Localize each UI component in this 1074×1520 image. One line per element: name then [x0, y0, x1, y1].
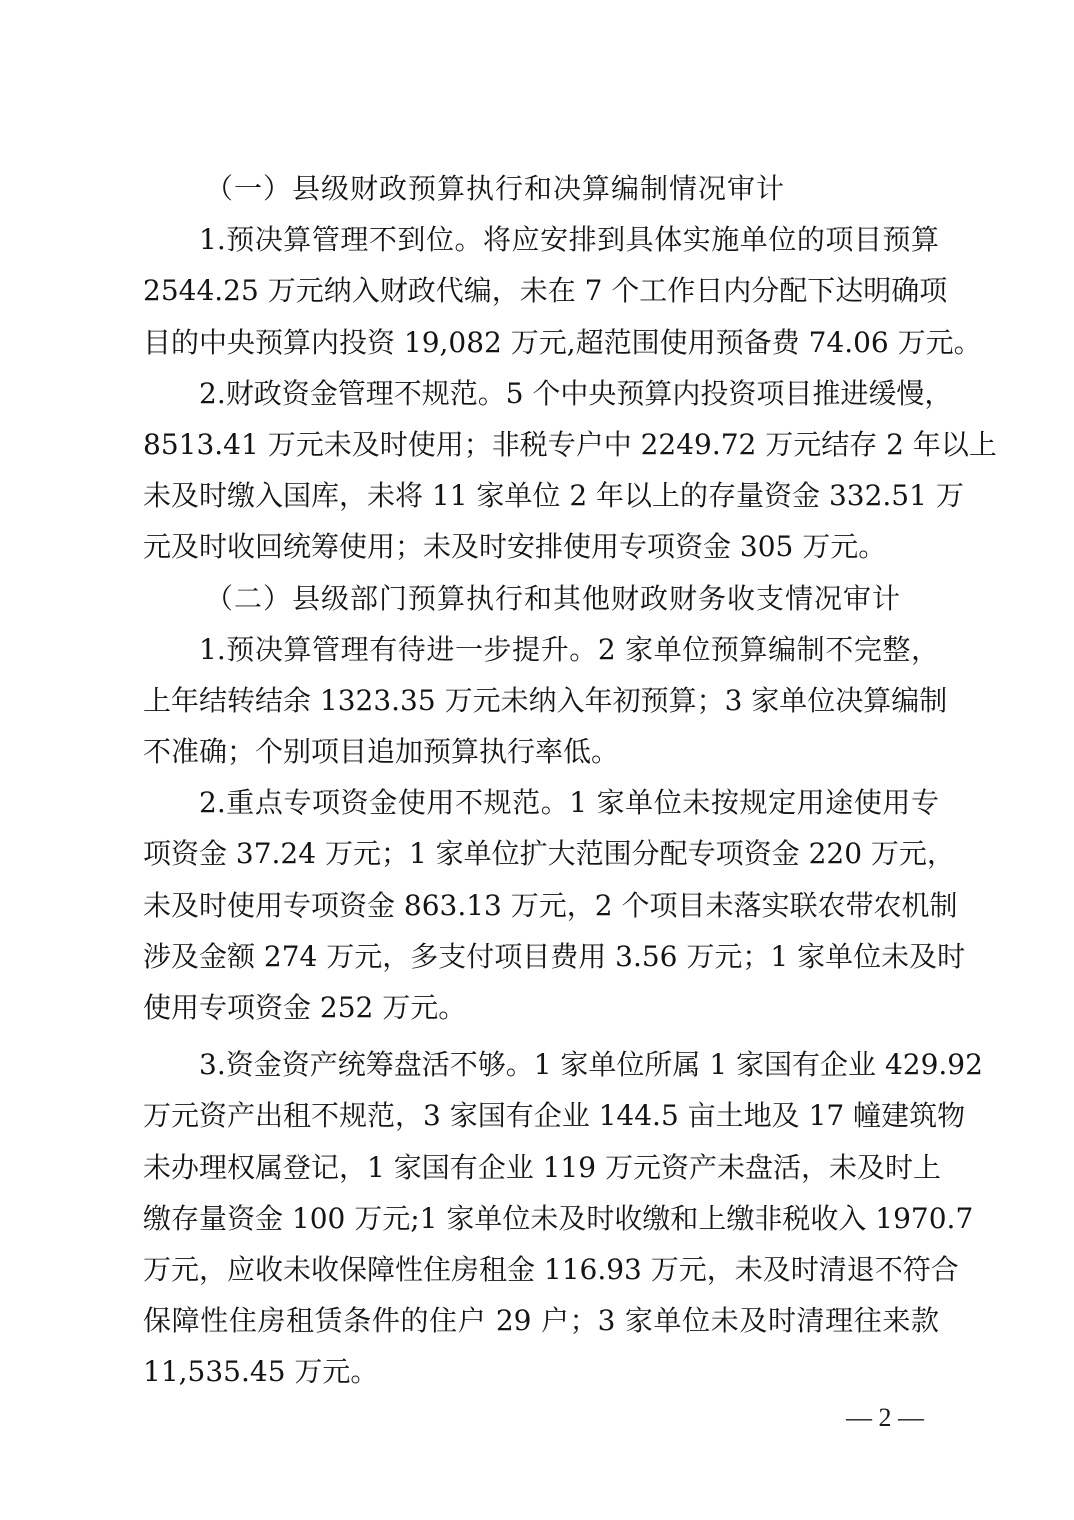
paragraph-line: 目的中央预算内投资 19,082 万元,超范围使用预备费 74.06 万元。	[143, 317, 939, 368]
paragraph-1-2: 2.财政资金管理不规范。5 个中央预算内投资项目推进缓慢， 8513.41 万元…	[143, 368, 939, 573]
paragraph-line: 未办理权属登记，1 家国有企业 119 万元资产未盘活，未及时上	[143, 1142, 939, 1193]
paragraph-line: 2.财政资金管理不规范。5 个中央预算内投资项目推进缓慢，	[143, 368, 939, 419]
paragraph-line: 上年结转结余 1323.35 万元未纳入年初预算；3 家单位决算编制	[143, 675, 939, 726]
paragraph-line: 未及时使用专项资金 863.13 万元，2 个项目未落实联农带农机制	[143, 880, 939, 931]
page-number: — 2 —	[846, 1398, 924, 1438]
paragraph-line: 不准确；个别项目追加预算执行率低。	[143, 726, 939, 777]
document-page: （一）县级财政预算执行和决算编制情况审计 1.预决算管理不到位。将应安排到具体实…	[143, 163, 939, 1398]
paragraph-line: 缴存量资金 100 万元;1 家单位未及时收缴和上缴非税收入 1970.7	[143, 1193, 939, 1244]
paragraph-line: 11,535.45 万元。	[143, 1346, 939, 1397]
section-heading-2: （二）县级部门预算执行和其他财政财务收支情况审计	[143, 573, 939, 624]
paragraph-line: 1.预决算管理不到位。将应安排到具体实施单位的项目预算	[143, 214, 939, 265]
paragraph-line: 万元资产出租不规范，3 家国有企业 144.5 亩土地及 17 幢建筑物	[143, 1090, 939, 1141]
paragraph-line: 涉及金额 274 万元，多支付项目费用 3.56 万元；1 家单位未及时	[143, 931, 939, 982]
paragraph-line: 8513.41 万元未及时使用；非税专户中 2249.72 万元结存 2 年以上	[143, 419, 939, 470]
paragraph-2-1: 1.预决算管理有待进一步提升。2 家单位预算编制不完整， 上年结转结余 1323…	[143, 624, 939, 778]
paragraph-line: 1.预决算管理有待进一步提升。2 家单位预算编制不完整，	[143, 624, 939, 675]
paragraph-line: 2544.25 万元纳入财政代编，未在 7 个工作日内分配下达明确项	[143, 265, 939, 316]
paragraph-line: 项资金 37.24 万元；1 家单位扩大范围分配专项资金 220 万元，	[143, 828, 939, 879]
paragraph-line: 元及时收回统筹使用；未及时安排使用专项资金 305 万元。	[143, 521, 939, 572]
paragraph-line: 未及时缴入国库，未将 11 家单位 2 年以上的存量资金 332.51 万	[143, 470, 939, 521]
paragraph-2-2: 2.重点专项资金使用不规范。1 家单位未按规定用途使用专 项资金 37.24 万…	[143, 777, 939, 1033]
section-heading-1: （一）县级财政预算执行和决算编制情况审计	[143, 163, 939, 214]
paragraph-line: 3.资金资产统筹盘活不够。1 家单位所属 1 家国有企业 429.92	[143, 1039, 939, 1090]
paragraph-2-3: 3.资金资产统筹盘活不够。1 家单位所属 1 家国有企业 429.92 万元资产…	[143, 1039, 939, 1397]
paragraph-line: 使用专项资金 252 万元。	[143, 982, 939, 1033]
paragraph-line: 万元，应收未收保障性住房租金 116.93 万元，未及时清退不符合	[143, 1244, 939, 1295]
paragraph-line: 2.重点专项资金使用不规范。1 家单位未按规定用途使用专	[143, 777, 939, 828]
paragraph-line: 保障性住房租赁条件的住户 29 户；3 家单位未及时清理往来款	[143, 1295, 939, 1346]
paragraph-1-1: 1.预决算管理不到位。将应安排到具体实施单位的项目预算 2544.25 万元纳入…	[143, 214, 939, 368]
